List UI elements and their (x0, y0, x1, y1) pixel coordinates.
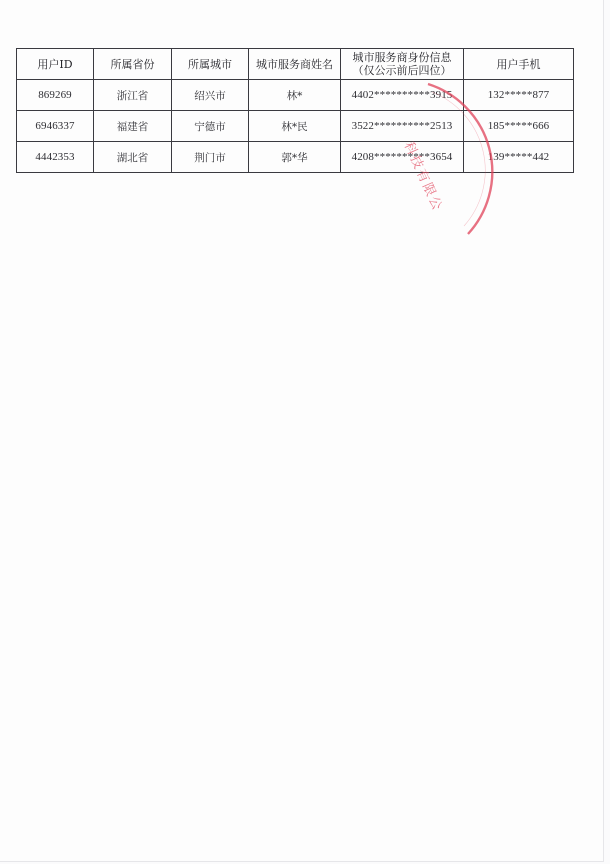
header-phone: 用户手机 (464, 49, 574, 80)
table-row: 869269 浙江省 绍兴市 林* 4402**********3915 132… (17, 80, 574, 111)
cell-provider-id: 3522**********2513 (341, 111, 464, 142)
header-province: 所属省份 (94, 49, 172, 80)
cell-city: 荆门市 (172, 142, 249, 173)
header-city: 所属城市 (172, 49, 249, 80)
cell-province: 浙江省 (94, 80, 172, 111)
cell-provider-name: 林*民 (249, 111, 341, 142)
cell-provider-id: 4402**********3915 (341, 80, 464, 111)
cell-provider-id: 4208**********3654 (341, 142, 464, 173)
header-provider-name: 城市服务商姓名 (249, 49, 341, 80)
cell-province: 湖北省 (94, 142, 172, 173)
cell-phone: 185*****666 (464, 111, 574, 142)
cell-city: 宁德市 (172, 111, 249, 142)
header-user-id: 用户ID (17, 49, 94, 80)
table-row: 4442353 湖北省 荆门市 郭*华 4208**********3654 1… (17, 142, 574, 173)
cell-city: 绍兴市 (172, 80, 249, 111)
header-provider-id-info-line1: 城市服务商身份信息 (341, 51, 463, 64)
cell-user-id: 869269 (17, 80, 94, 111)
table-row: 6946337 福建省 宁德市 林*民 3522**********2513 1… (17, 111, 574, 142)
cell-province: 福建省 (94, 111, 172, 142)
cell-phone: 139*****442 (464, 142, 574, 173)
cell-provider-name: 林* (249, 80, 341, 111)
cell-user-id: 4442353 (17, 142, 94, 173)
cell-user-id: 6946337 (17, 111, 94, 142)
header-provider-id-info: 城市服务商身份信息 （仅公示前后四位） (341, 49, 464, 80)
document-page: 用户ID 所属省份 所属城市 城市服务商姓名 城市服务商身份信息 （仅公示前后四… (0, 0, 604, 862)
user-provider-table: 用户ID 所属省份 所属城市 城市服务商姓名 城市服务商身份信息 （仅公示前后四… (16, 48, 574, 173)
cell-phone: 132*****877 (464, 80, 574, 111)
header-provider-id-info-line2: （仅公示前后四位） (341, 64, 463, 77)
cell-provider-name: 郭*华 (249, 142, 341, 173)
table-header-row: 用户ID 所属省份 所属城市 城市服务商姓名 城市服务商身份信息 （仅公示前后四… (17, 49, 574, 80)
